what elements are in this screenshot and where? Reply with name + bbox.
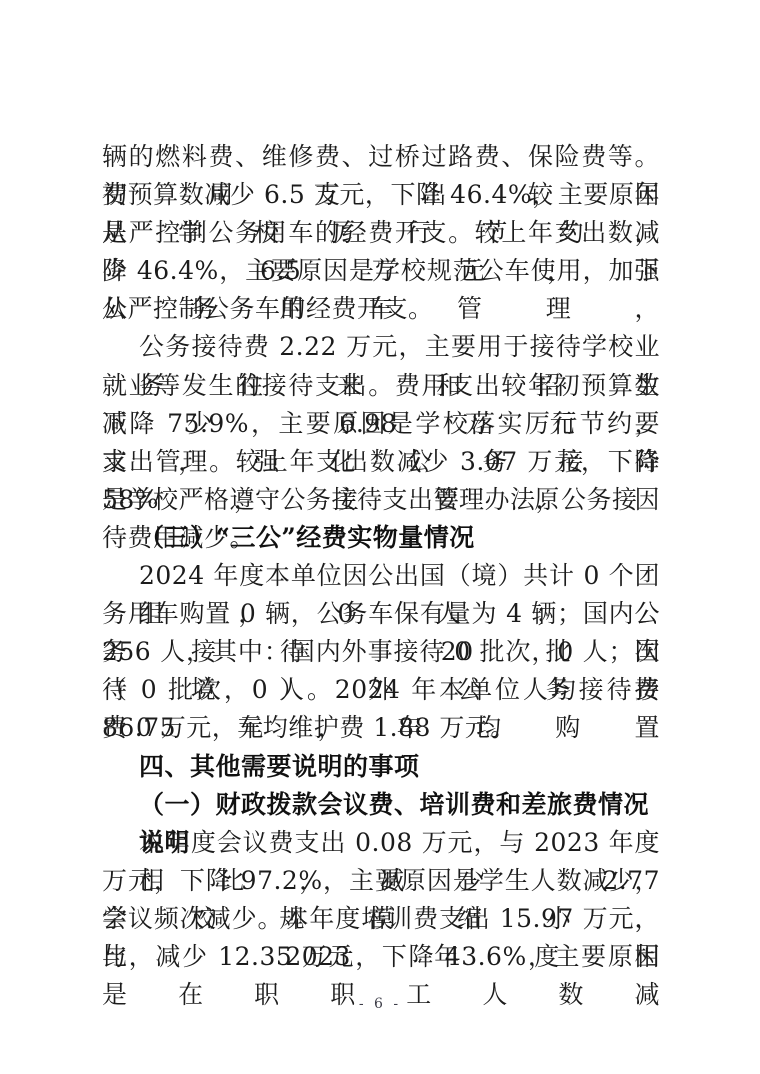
text-line: 支出管理。较上年支出数减少 3.07 万元，下降 58%，主要原因 — [102, 443, 660, 481]
heading-section-three: （三）“三公”经费实物量情况 — [102, 519, 660, 557]
text-line: （一）财政拨款会议费、培训费和差旅费情况说明 — [102, 786, 660, 824]
document-body: 辆的燃料费、维修费、过桥过路费、保险费等。费用支出较年初预算数减少 6.5 万元… — [102, 138, 660, 976]
text-line: 下降 75.9%，主要原因是学校落实厉行节约要求，强化公务接待 — [102, 405, 660, 443]
text-line: 就业等发生的接待支出。费用支出较年初预算数减少 6.98 万元， — [102, 367, 660, 405]
text-line: 务用车购置 0 辆，公务车保有量为 4 辆；国内公务接待 20 批次 — [102, 595, 660, 633]
text-line: 会议频次减少。本年度培训费支出 15.97 万元，与 2023 年度相 — [102, 900, 660, 938]
text-line: 万元，下降 97.2%，主要原因是学生人数减少，学校规模缩小， — [102, 862, 660, 900]
para-meeting-training-travel-expense: 本年度会议费支出 0.08 万元，与 2023 年度相比，减少 2.77万元，下… — [102, 824, 660, 976]
text-line: （三）“三公”经费实物量情况 — [102, 519, 660, 557]
document-page: 辆的燃料费、维修费、过桥过路费、保险费等。费用支出较年初预算数减少 6.5 万元… — [0, 0, 760, 1074]
text-line: 辆的燃料费、维修费、过桥过路费、保险费等。费用支出较年 — [102, 138, 660, 176]
text-line: 256 人，其中：国内外事接待 0 批次，0 人；国（境）外公务接 — [102, 633, 660, 671]
page-number: - 6 - — [0, 996, 760, 1012]
text-line: 是学校严格遵守公务接待支出管理办法，公务接待费用减少。 — [102, 481, 660, 519]
para-three-public-physical-quantity: 2024 年度本单位因公出国（境）共计 0 个团组，0 人；公务用车购置 0 辆… — [102, 557, 660, 747]
para-official-reception-expense: 公务接待费 2.22 万元，主要用于接待学校业务往来和招生就业等发生的接待支出。… — [102, 328, 660, 518]
para-official-vehicle-expense: 辆的燃料费、维修费、过桥过路费、保险费等。费用支出较年初预算数减少 6.5 万元… — [102, 138, 660, 328]
text-line: 2024 年度本单位因公出国（境）共计 0 个团组，0 人；公 — [102, 557, 660, 595]
text-line: 本年度会议费支出 0.08 万元，与 2023 年度相比，减少 2.77 — [102, 824, 660, 862]
text-line: 比，减少 12.35 万元，下降 43.6%，主要原因是在职职工人数减 — [102, 938, 660, 976]
text-line: 从严控制公务用车的经费开支。较上年支出数减少 6.5 万元，下 — [102, 214, 660, 252]
text-line: 四、其他需要说明的事项 — [102, 748, 660, 786]
text-line: 初预算数减少 6.5 万元，下降 46.4%，主要原因是学校厉行节约， — [102, 176, 660, 214]
text-line: 降 46.4%，主要原因是学校规范公车使用，加强公务用车管理， — [102, 252, 660, 290]
heading-section-four-item-one: （一）财政拨款会议费、培训费和差旅费情况说明 — [102, 786, 660, 824]
heading-section-four: 四、其他需要说明的事项 — [102, 748, 660, 786]
text-line: 公务接待费 2.22 万元，主要用于接待学校业务往来和招生 — [102, 328, 660, 366]
text-line: 待 0 批次，0 人。2024 年本单位人均接待费 86.75 元，车均购置 — [102, 671, 660, 709]
